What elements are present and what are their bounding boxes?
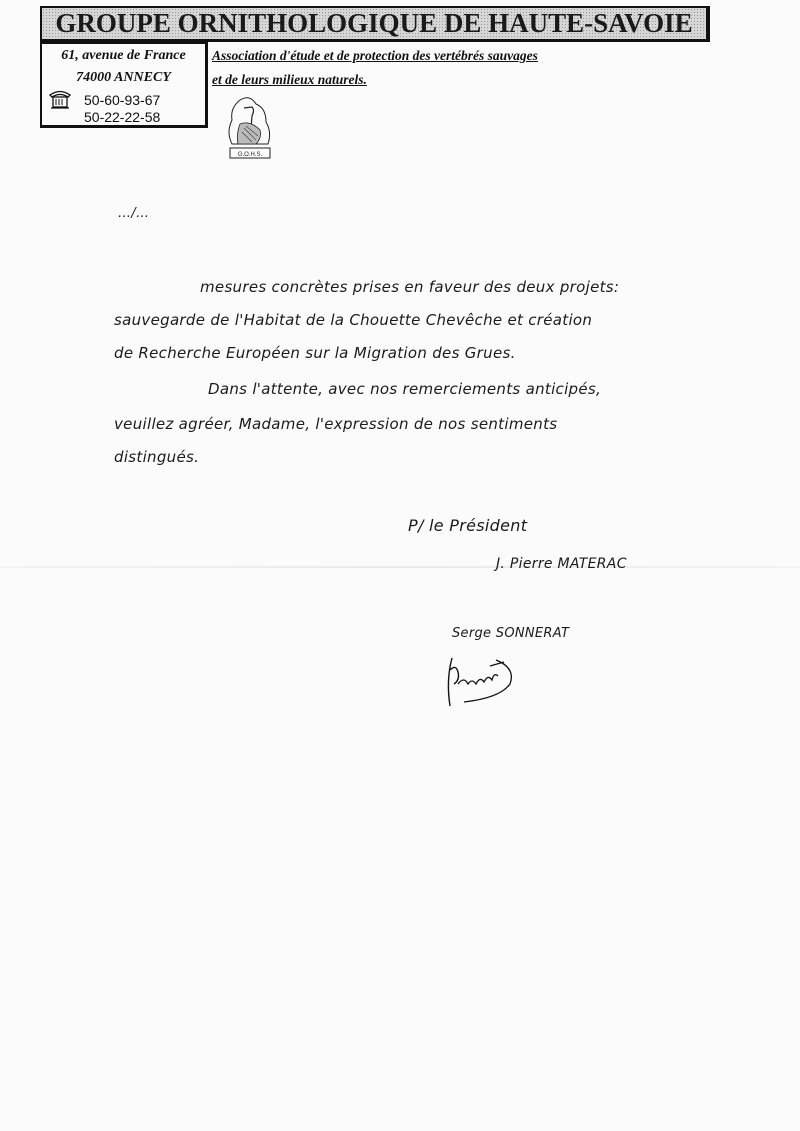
tagline-line-2: et de leurs milieux naturels. bbox=[212, 72, 367, 88]
president-name: J. Pierre MATERAC bbox=[496, 556, 627, 572]
bird-logo-icon: G.O.H.S. bbox=[222, 96, 278, 164]
paragraph2-line1: Dans l'attente, avec nos remerciements a… bbox=[208, 380, 601, 398]
tagline-line-1: Association d'étude et de protection des… bbox=[212, 48, 538, 64]
paragraph2-line2: veuillez agréer, Madame, l'expression de… bbox=[114, 415, 557, 433]
svg-text:G.O.H.S.: G.O.H.S. bbox=[238, 152, 263, 158]
paragraph2-line3: distingués. bbox=[114, 448, 199, 466]
closing-for-president: P/ le Président bbox=[408, 516, 527, 535]
signer-name: Serge SONNERAT bbox=[452, 626, 569, 641]
continuation-mark: …/… bbox=[118, 206, 149, 221]
paragraph1-line2: sauvegarde de l'Habitat de la Chouette C… bbox=[114, 311, 592, 329]
phone-number-1: 50-60-93-67 bbox=[84, 92, 160, 108]
phone-number-2: 50-22-22-58 bbox=[84, 109, 160, 125]
paragraph1-line1: mesures concrètes prises en faveur des d… bbox=[200, 278, 619, 296]
handwritten-signature-icon bbox=[440, 650, 530, 710]
address-street: 61, avenue de France bbox=[42, 48, 205, 64]
paragraph1-line3: de Recherche Européen sur la Migration d… bbox=[114, 344, 516, 362]
address-city: 74000 ANNECY bbox=[42, 70, 205, 86]
paper-fold-line bbox=[0, 566, 800, 568]
organization-title: GROUPE ORNITHOLOGIQUE DE HAUTE-SAVOIE bbox=[55, 8, 692, 39]
telephone-icon bbox=[48, 88, 72, 110]
letterhead-title-bar: GROUPE ORNITHOLOGIQUE DE HAUTE-SAVOIE bbox=[40, 6, 710, 42]
address-box: 61, avenue de France 74000 ANNECY 50-60-… bbox=[40, 42, 208, 128]
